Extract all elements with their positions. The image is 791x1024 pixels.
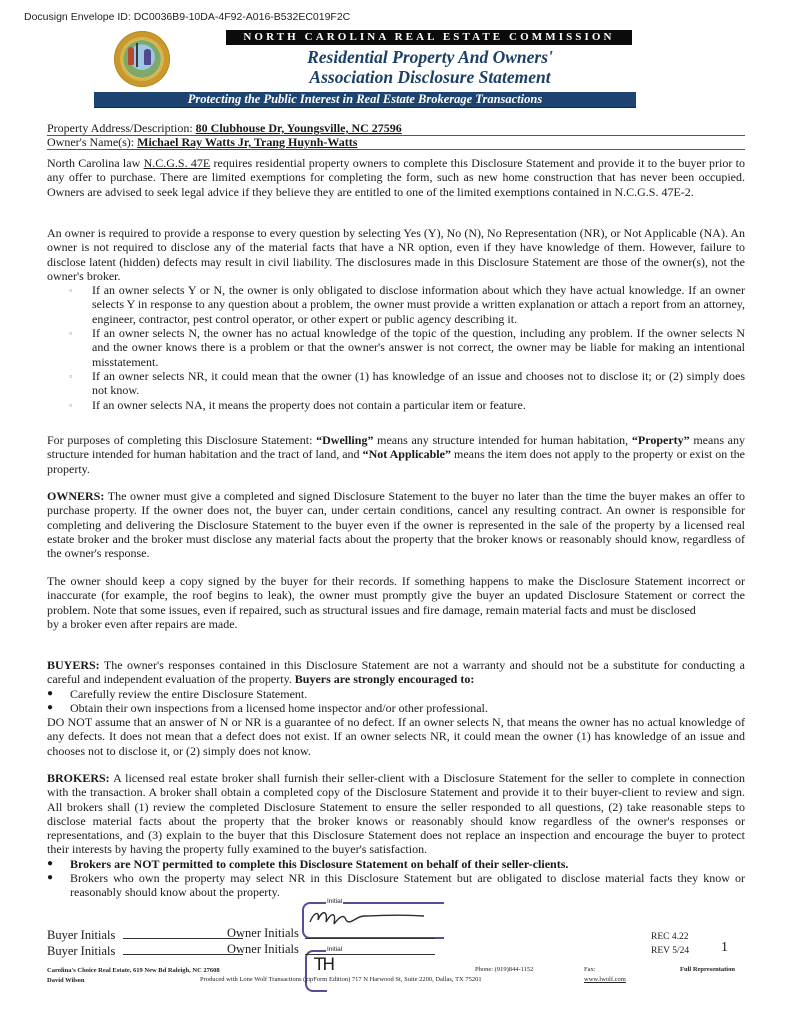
footer-agent: David Wilson: [47, 977, 85, 984]
footer-phone: Phone: (919)844-1152: [475, 966, 533, 973]
form-rev-date: REV 5/24: [651, 946, 689, 956]
list-item: ●Carefully review the entire Disclosure …: [47, 687, 745, 701]
owners-heading: OWNERS:: [47, 489, 104, 503]
owners-update-paragraph: The owner should keep a copy signed by t…: [47, 574, 745, 631]
owners-update-text-cont: by a broker even after repairs are made.: [47, 617, 745, 631]
property-address-label: Property Address/Description:: [47, 121, 196, 135]
bullet-text: If an owner selects Y or N, the owner is…: [92, 283, 745, 326]
owners-text: The owner must give a completed and sign…: [47, 489, 745, 560]
brokers-section: BROKERS: A licensed real estate broker s…: [47, 771, 745, 900]
list-item: ●Brokers are NOT permitted to complete t…: [47, 857, 745, 871]
owners-section: OWNERS: The owner must give a completed …: [47, 489, 745, 560]
bullet-marker-icon: ▫: [69, 283, 72, 297]
owner-initials-line[interactable]: [305, 954, 435, 955]
form-title-line2: Association Disclosure Statement: [200, 67, 660, 88]
response-instructions: An owner is required to provide a respon…: [47, 226, 745, 412]
buyers-encouraged: Buyers are strongly encouraged to:: [295, 672, 475, 686]
bullet-marker-icon: ▫: [69, 369, 72, 383]
bullet-text: If an owner selects NR, it could mean th…: [92, 369, 745, 397]
list-item: ▫If an owner selects N, the owner has no…: [47, 326, 745, 369]
term-dwelling: “Dwelling”: [316, 433, 373, 447]
bullet-text: If an owner selects NA, it means the pro…: [92, 398, 526, 412]
owner-initials-line[interactable]: [305, 938, 435, 939]
bullet-text: Brokers who own the property may select …: [70, 871, 745, 899]
definitions-text: For purposes of completing this Disclosu…: [47, 433, 316, 447]
bullet-marker-icon: ▫: [69, 326, 72, 340]
term-not-applicable: “Not Applicable”: [363, 447, 451, 461]
buyer-initials-label: Buyer Initials: [47, 944, 115, 958]
initials-row-2: Buyer Initials Owner Initials: [47, 942, 447, 959]
nc-state-seal-icon: [114, 31, 170, 87]
buyers-warning: DO NOT assume that an answer of N or NR …: [47, 715, 745, 758]
owner-names-field[interactable]: Owner's Name(s): Michael Ray Watts Jr, T…: [47, 135, 745, 150]
bullet-dot-icon: ●: [47, 857, 53, 871]
bullet-marker-icon: ▫: [69, 398, 72, 412]
list-item: ▫If an owner selects NR, it could mean t…: [47, 369, 745, 398]
footer-fax: Fax:: [584, 966, 596, 973]
initial-tag: Initial: [326, 898, 343, 905]
definitions-paragraph: For purposes of completing this Disclosu…: [47, 433, 745, 476]
owner-initials-label: Owner Initials: [227, 942, 299, 957]
buyers-heading: BUYERS:: [47, 658, 100, 672]
owner-names-value[interactable]: Michael Ray Watts Jr, Trang Huynh-Watts: [137, 135, 357, 149]
bullet-text: Brokers are NOT permitted to complete th…: [70, 857, 568, 871]
owner-initials-label: Owner Initials: [227, 926, 299, 941]
list-item: ●Brokers who own the property may select…: [47, 871, 791, 900]
intro-paragraph: North Carolina law N.C.G.S. 47E requires…: [47, 156, 745, 199]
docusign-envelope-id: Docusign Envelope ID: DC0036B9-10DA-4F92…: [24, 11, 350, 23]
page-number: 1: [721, 940, 728, 956]
bullet-dot-icon: ●: [47, 687, 53, 701]
bullet-dot-icon: ●: [47, 701, 53, 715]
buyer-initials-line[interactable]: [123, 942, 243, 955]
property-address-value[interactable]: 80 Clubhouse Dr, Youngsville, NC 27596: [196, 121, 402, 135]
list-item: ▫If an owner selects NA, it means the pr…: [47, 398, 745, 412]
footer-company: Carolina's Choice Real Estate, 619 New B…: [47, 967, 220, 974]
brokers-heading: BROKERS:: [47, 771, 110, 785]
bullet-text: Obtain their own inspections from a lice…: [70, 701, 488, 715]
bullet-text: If an owner selects N, the owner has no …: [92, 326, 745, 369]
owners-update-text: The owner should keep a copy signed by t…: [47, 574, 745, 617]
buyers-section: BUYERS: The owner's responses contained …: [47, 658, 745, 758]
bullet-dot-icon: ●: [47, 871, 53, 885]
ncgs-47e-link[interactable]: N.C.G.S. 47E: [144, 156, 211, 170]
brokers-text: A licensed real estate broker shall furn…: [47, 771, 745, 856]
footer-representation: Full Representation: [680, 966, 735, 973]
intro-text: North Carolina law: [47, 156, 144, 170]
definitions-text: means any structure intended for human h…: [373, 433, 631, 447]
list-item: ●Obtain their own inspections from a lic…: [47, 701, 745, 715]
form-rec-number: REC 4.22: [651, 932, 688, 942]
tagline-banner: Protecting the Public Interest in Real E…: [94, 92, 636, 108]
footer-website-link[interactable]: www.lwolf.com: [584, 976, 626, 983]
bullet-text: Carefully review the entire Disclosure S…: [70, 687, 307, 701]
initials-row-1: Buyer Initials Owner Initials: [47, 926, 447, 943]
list-item: ▫If an owner selects Y or N, the owner i…: [47, 283, 745, 326]
property-address-field[interactable]: Property Address/Description: 80 Clubhou…: [47, 121, 745, 136]
footer-produced-by: Produced with Lone Wolf Transactions (zi…: [200, 976, 482, 983]
form-title-line1: Residential Property And Owners': [200, 47, 660, 68]
owner-names-label: Owner's Name(s):: [47, 135, 137, 149]
commission-header: NORTH CAROLINA REAL ESTATE COMMISSION: [226, 30, 632, 45]
buyer-initials-label: Buyer Initials: [47, 928, 115, 942]
term-property: “Property”: [632, 433, 690, 447]
response-paragraph: An owner is required to provide a respon…: [47, 226, 745, 283]
buyer-initials-line[interactable]: [123, 926, 243, 939]
